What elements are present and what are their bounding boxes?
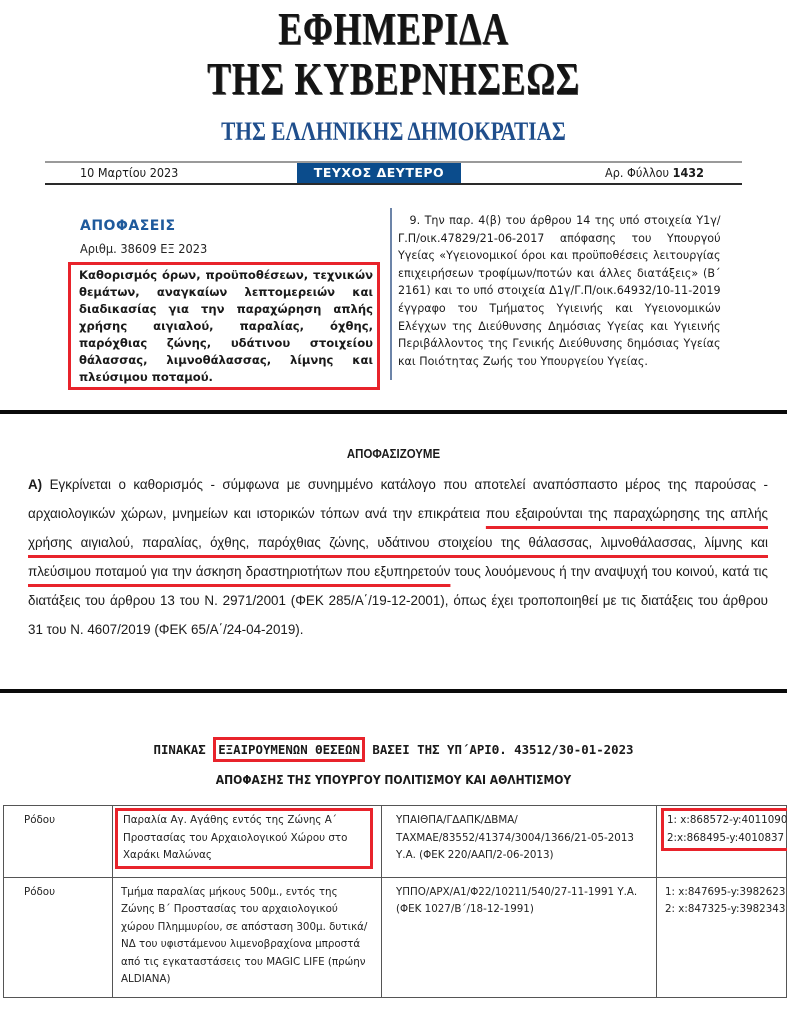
left-column: ΑΠΟΦΑΣΕΙΣ Αριθμ. 38609 ΕΞ 2023 Καθορισμό… [80,218,380,262]
cell-coordinates: 1: x:868572-y:40110902:x:868495-y:401083… [657,806,787,878]
coordinate-1: 1: x:847695-y:3982623 [665,884,778,902]
cell-description: Παραλία Αγ. Αγάθης εντός της Ζώνης Α΄ Πρ… [113,806,382,878]
section-separator [0,410,787,414]
masthead-title-line2: ΤΗΣ ΚΥΒΕΡΝΗΣΕΩΣ [87,52,701,106]
resolution-label: Α) [28,477,42,492]
coordinate-2: 2:x:868495-y:4010837 [667,830,787,848]
masthead-subtitle: ΤΗΣ ΕΛΛΗΝΙΚΗΣ ΔΗΜΟΚΡΑΤΙΑΣ [71,116,716,148]
coordinates-highlighted: 1: x:868572-y:40110902:x:868495-y:401083… [661,808,787,851]
sheet-number: 1432 [673,165,704,180]
issue-sheet-number: Αρ. Φύλλου 1432 [605,163,704,183]
decision-title-highlighted: Καθορισμός όρων, προϋποθέσεων, τεχνικών … [68,262,380,390]
cell-decision: ΥΠΑΙΘΠΑ/ΓΔΑΠΚ/ΔΒΜΑ/ΤΑΧΜΑΕ/83552/41374/30… [382,806,657,878]
description-text-highlighted: Παραλία Αγ. Αγάθης εντός της Ζώνης Α΄ Πρ… [115,808,373,869]
cell-description: Τμήμα παραλίας μήκους 500μ., εντός της Ζ… [113,877,382,997]
decision-text: ΥΠΠΟ/ΑΡΧ/Α1/Φ22/10211/540/27-11-1991 Υ.Α… [396,886,637,916]
table-subtitle: ΑΠΟΦΑΣΗΣ ΤΗΣ ΥΠΟΥΡΓΟΥ ΠΟΛΙΤΙΣΜΟΥ ΚΑΙ ΑΘΛ… [39,773,747,787]
masthead-title-line1: ΕΦΗΜΕΡΙΔΑ [87,2,701,56]
resolution-paragraph: Α) Εγκρίνεται ο καθορισμός - σύμφωνα με … [28,470,768,644]
table-title: ΠΙΝΑΚΑΣ ΕΞΑΙΡΟΥΜΕΝΩΝ ΘΕΣΕΩΝ ΒΑΣΕΙ ΤΗΣ ΥΠ… [0,742,787,757]
coordinate-1: 1: x:868572-y:4011090 [667,812,787,830]
issue-date: 10 Μαρτίου 2023 [80,163,178,183]
table-row: ΡόδουΠαραλία Αγ. Αγάθης εντός της Ζώνης … [4,806,787,878]
right-column-text: 9. Την παρ. 4(β) του άρθρου 14 της υπό σ… [398,212,721,370]
decisions-heading: ΑΠΟΦΑΣΕΙΣ [80,218,380,242]
cell-coordinates: 1: x:847695-y:39826232: x:847325-y:39823… [657,877,787,997]
cell-area: Ρόδου [4,806,113,878]
table-title-suffix: ΒΑΣΕΙ ΤΗΣ ΥΠ΄ΑΡΙΘ. 43512/30-01-2023 [365,742,634,757]
decision-number: Αριθμ. 38609 ΕΞ 2023 [80,242,365,262]
table-title-highlighted: ΕΞΑΙΡΟΥΜΕΝΩΝ ΘΕΣΕΩΝ [213,737,365,762]
coordinate-2: 2: x:847325-y:3982343 [665,901,778,919]
column-divider [390,208,392,380]
resolution-heading: ΑΠΟΦΑΣΙΖΟΥΜΕ [47,446,740,461]
cell-decision: ΥΠΠΟ/ΑΡΧ/Α1/Φ22/10211/540/27-11-1991 Υ.Α… [382,877,657,997]
excluded-sites-table: ΡόδουΠαραλία Αγ. Αγάθης εντός της Ζώνης … [3,805,787,998]
coordinates: 1: x:847695-y:39826232: x:847325-y:39823… [665,884,778,919]
sheet-label: Αρ. Φύλλου [605,165,669,180]
area-text: Ρόδου [24,814,55,826]
issue-info-bar: 10 Μαρτίου 2023 ΤΕΥΧΟΣ ΔΕΥΤΕΡΟ Αρ. Φύλλο… [45,161,742,185]
issue-series-badge: ΤΕΥΧΟΣ ΔΕΥΤΕΡΟ [297,163,461,183]
decision-text: ΥΠΑΙΘΠΑ/ΓΔΑΠΚ/ΔΒΜΑ/ΤΑΧΜΑΕ/83552/41374/30… [396,814,634,861]
section-separator [0,689,787,693]
area-text: Ρόδου [24,886,55,898]
cell-area: Ρόδου [4,877,113,997]
description-text: Τμήμα παραλίας μήκους 500μ., εντός της Ζ… [121,886,367,986]
table-row: ΡόδουΤμήμα παραλίας μήκους 500μ., εντός … [4,877,787,997]
table-title-prefix: ΠΙΝΑΚΑΣ [154,742,214,757]
